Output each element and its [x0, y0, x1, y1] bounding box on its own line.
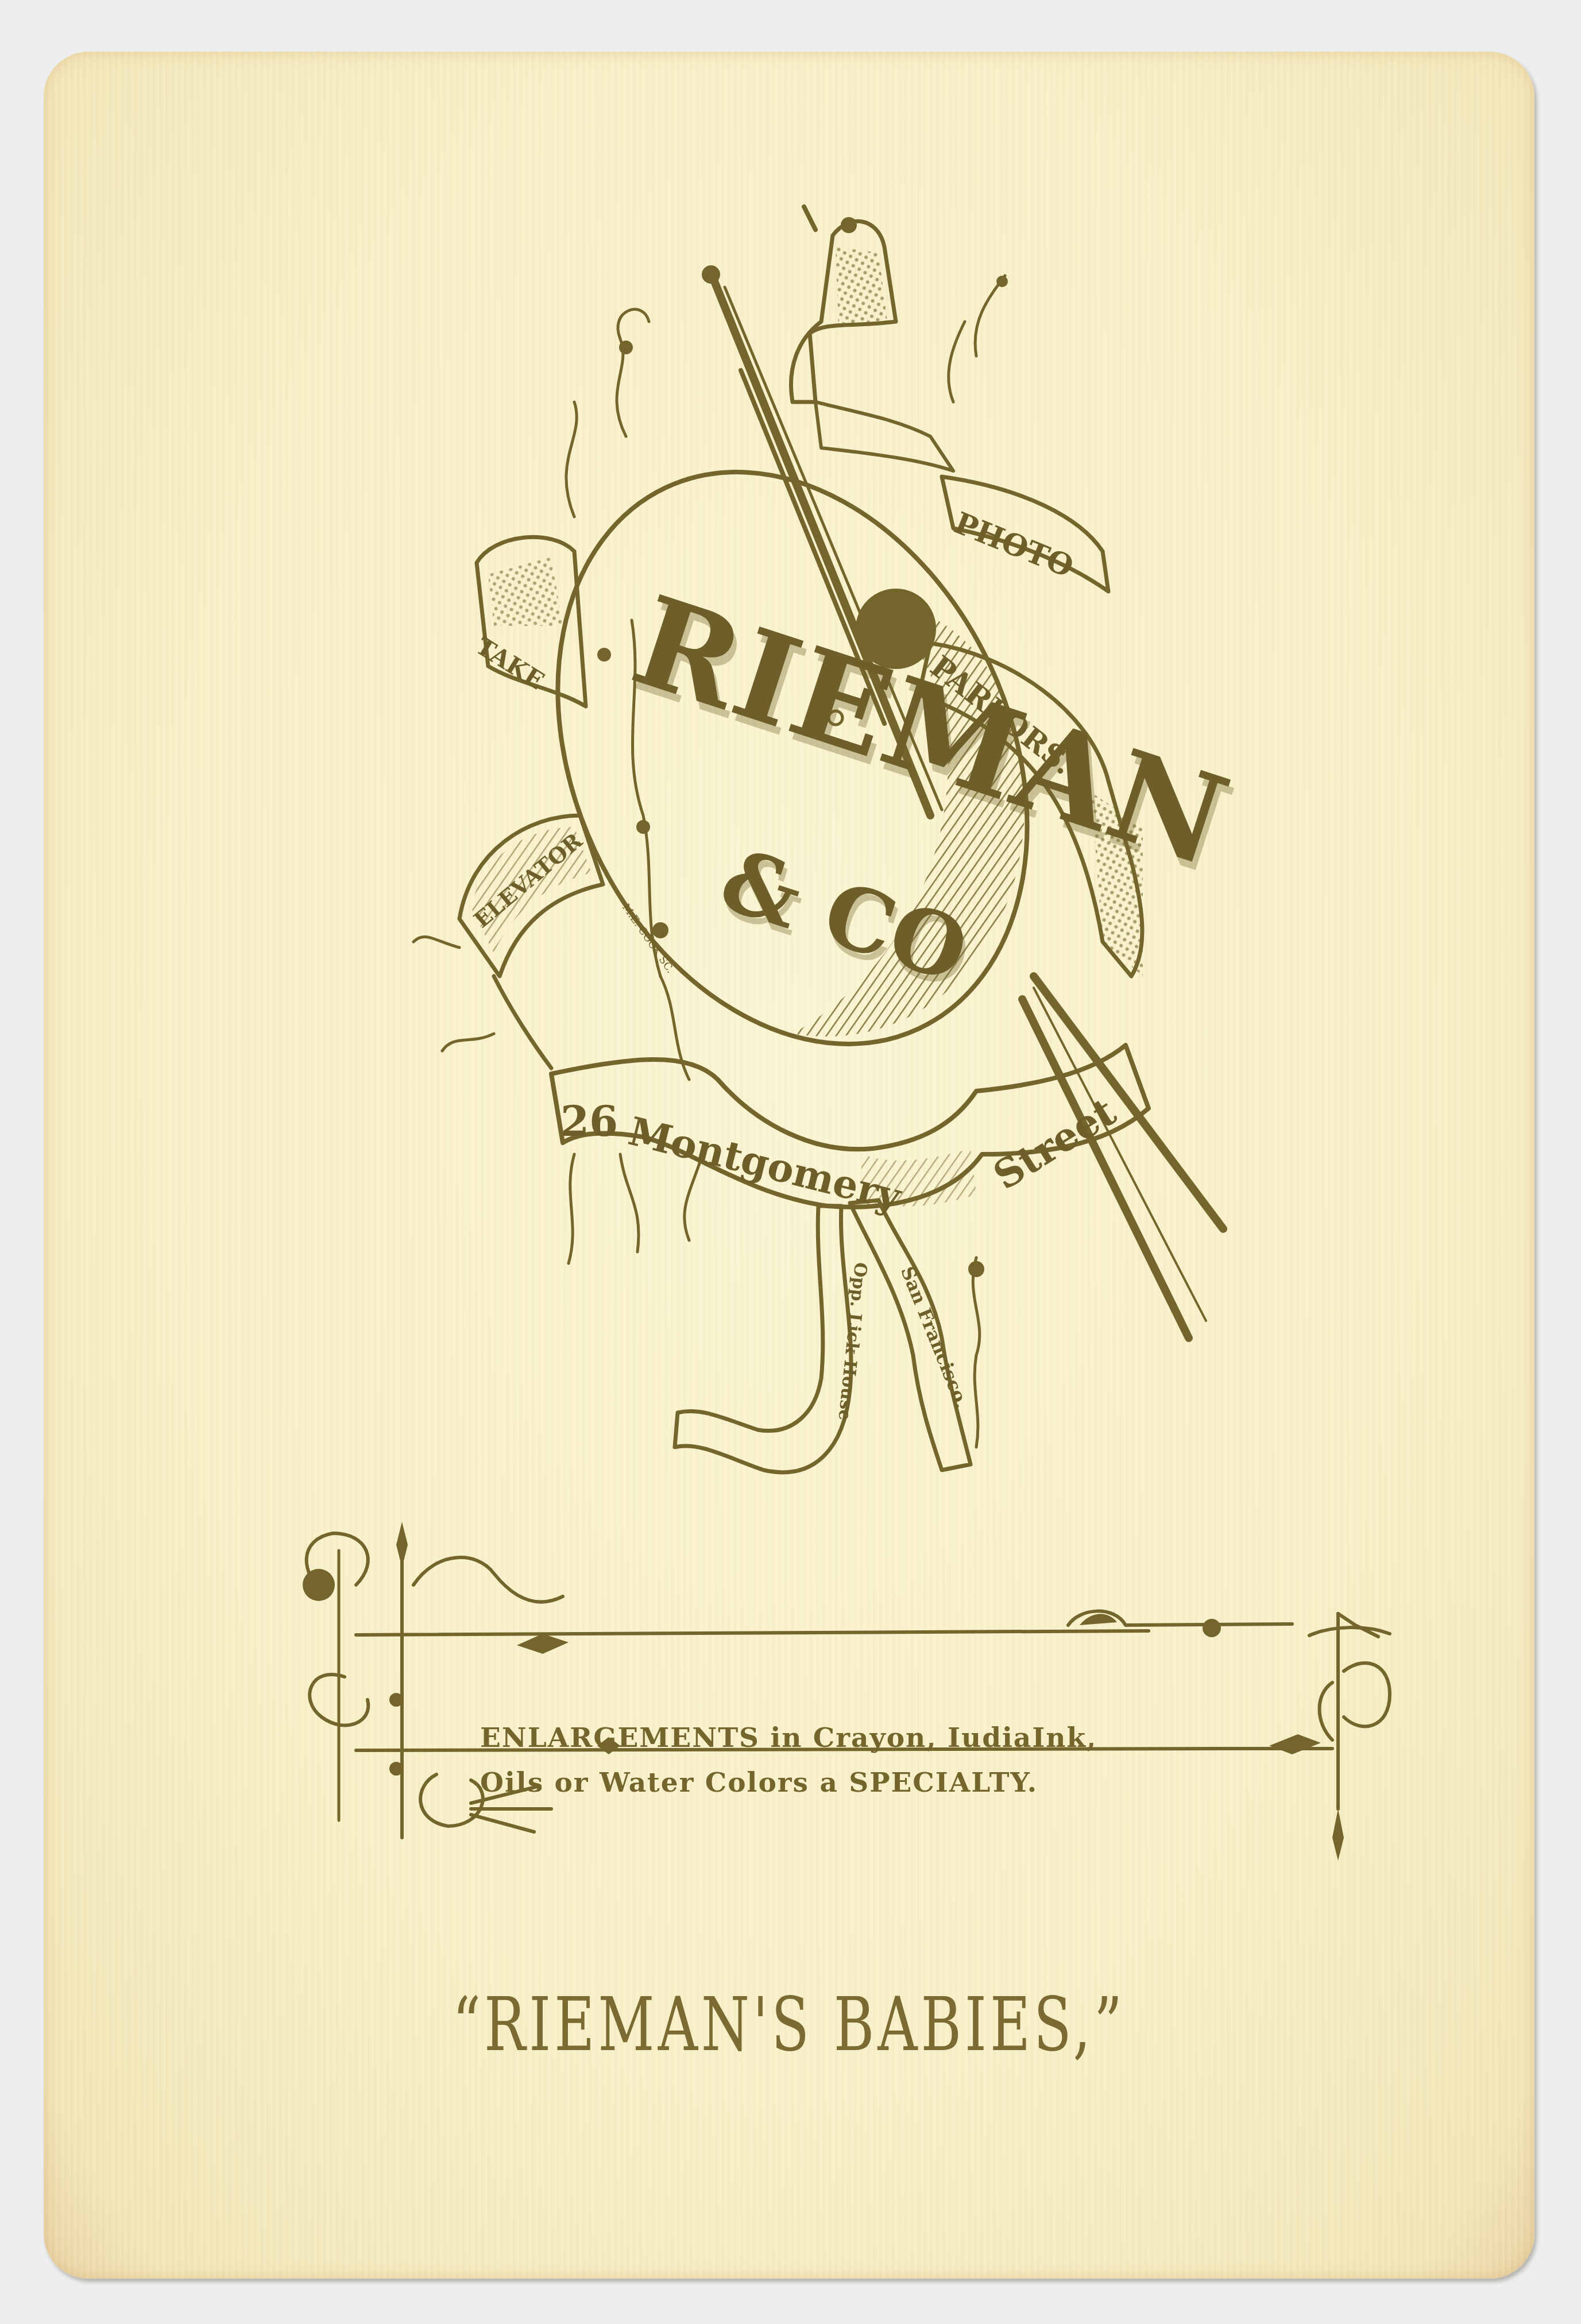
- advertisement-text: ENLARGEMENTS in Crayon, IudiaInk, Oils o…: [480, 1716, 1399, 1805]
- victorian-scroll-frame: [44, 52, 1534, 2279]
- photo-card: TAKE ELEVATOR PHOTO PARLORS. RIEMAN & CO…: [44, 52, 1534, 2279]
- advertisement-line-1: ENLARGEMENTS in Crayon, IudiaInk,: [480, 1716, 1399, 1761]
- advertisement-line-2: Oils or Water Colors a SPECIALTY.: [480, 1761, 1399, 1805]
- slogan: “RIEMAN'S BABIES,”: [44, 1981, 1534, 2068]
